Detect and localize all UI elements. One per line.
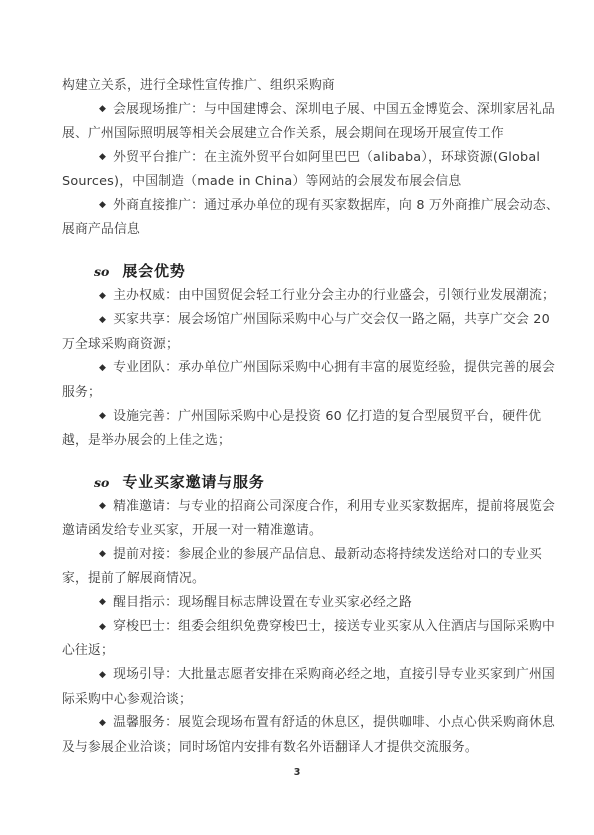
section-heading: so专业买家邀请与服务	[94, 470, 538, 495]
bullet-text: 主办权威：由中国贸促会轻工行业分会主办的行业盛会，引领行业发展潮流；	[113, 288, 555, 303]
diamond-bullet-icon: ◆	[99, 495, 106, 519]
document-page: 构建立关系，进行全球性宣传推广、组织采购商 ◆会展现场推广：与中国建博会、深圳电…	[0, 0, 594, 835]
paragraph-line: 展商产品信息	[62, 218, 538, 242]
heading-marker-icon: so	[94, 475, 109, 490]
bullet-item: ◆买家共享：展会场馆广州国际采购中心与广交会仅一路之隔，共享广交会 20	[62, 308, 538, 332]
bullet-text: 外商直接推广：通过承办单位的现有买家数据库，向 8 万外商推广展会动态、	[113, 198, 559, 213]
bullet-item: ◆外贸平台推广：在主流外贸平台如阿里巴巴（alibaba），环球资源(Globa…	[62, 146, 538, 170]
paragraph-line: 际采购中心参观洽谈；	[62, 688, 538, 712]
bullet-text: 醒目指示：现场醒目标志牌设置在专业买家必经之路	[113, 595, 412, 610]
heading-marker-icon: so	[94, 264, 109, 279]
paragraph-line: 心往返；	[62, 639, 538, 663]
bullet-item: ◆外商直接推广：通过承办单位的现有买家数据库，向 8 万外商推广展会动态、	[62, 194, 538, 218]
diamond-bullet-icon: ◆	[99, 664, 106, 688]
bullet-text: 专业团队：承办单位广州国际采购中心拥有丰富的展览经验，提供完善的展会	[113, 360, 555, 375]
page-content: 构建立关系，进行全球性宣传推广、组织采购商 ◆会展现场推广：与中国建博会、深圳电…	[62, 74, 538, 759]
section-title: 专业买家邀请与服务	[122, 473, 264, 491]
diamond-bullet-icon: ◆	[99, 616, 106, 640]
bullet-item: ◆现场引导：大批量志愿者安排在采购商必经之地，直接引导专业买家到广州国	[62, 663, 538, 687]
paragraph-line: Sources)，中国制造（made in China）等网站的会展发布展会信息	[62, 170, 538, 194]
bullet-item: ◆提前对接：参展企业的参展产品信息、最新动态将持续发送给对口的专业买	[62, 543, 538, 567]
paragraph-line: 家，提前了解展商情况。	[62, 567, 538, 591]
bullet-text: 会展现场推广：与中国建博会、深圳电子展、中国五金博览会、深圳家居礼品	[113, 102, 555, 117]
diamond-bullet-icon: ◆	[99, 543, 106, 567]
diamond-bullet-icon: ◆	[99, 285, 106, 309]
section-heading: so展会优势	[94, 259, 538, 284]
paragraph-line: 及与参展企业洽谈；同时场馆内安排有数名外语翻译人才提供交流服务。	[62, 736, 538, 760]
diamond-bullet-icon: ◆	[99, 405, 106, 429]
page-footer: 3	[0, 766, 594, 780]
bullet-item: ◆精准邀请：与专业的招商公司深度合作，利用专业买家数据库，提前将展览会	[62, 495, 538, 519]
bullet-item: ◆穿梭巴士：组委会组织免费穿梭巴士，接送专业买家从入住酒店与国际采购中	[62, 615, 538, 639]
bullet-text: 精准邀请：与专业的招商公司深度合作，利用专业买家数据库，提前将展览会	[113, 499, 555, 514]
diamond-bullet-icon: ◆	[99, 98, 106, 122]
bullet-item: ◆温馨服务：展览会现场布置有舒适的休息区，提供咖啡、小点心供采购商休息	[62, 711, 538, 735]
bullet-text: 外贸平台推广：在主流外贸平台如阿里巴巴（alibaba），环球资源(Global	[113, 150, 540, 165]
bullet-item: ◆主办权威：由中国贸促会轻工行业分会主办的行业盛会，引领行业发展潮流；	[62, 284, 538, 308]
paragraph-line: 万全球采购商资源；	[62, 333, 538, 357]
paragraph-line: 越，是举办展会的上佳之选；	[62, 429, 538, 453]
paragraph-line: 展、广州国际照明展等相关会展建立合作关系，展会期间在现场开展宣传工作	[62, 122, 538, 146]
paragraph-line: 构建立关系，进行全球性宣传推广、组织采购商	[62, 74, 538, 98]
bullet-text: 买家共享：展会场馆广州国际采购中心与广交会仅一路之隔，共享广交会 20	[113, 312, 550, 327]
bullet-item: ◆设施完善：广州国际采购中心是投资 60 亿打造的复合型展贸平台，硬件优	[62, 405, 538, 429]
diamond-bullet-icon: ◆	[99, 194, 106, 218]
diamond-bullet-icon: ◆	[99, 712, 106, 736]
bullet-text: 设施完善：广州国际采购中心是投资 60 亿打造的复合型展贸平台，硬件优	[113, 409, 541, 424]
page-number: 3	[294, 767, 301, 778]
bullet-text: 温馨服务：展览会现场布置有舒适的休息区，提供咖啡、小点心供采购商休息	[113, 715, 555, 730]
paragraph-line: 服务；	[62, 381, 538, 405]
diamond-bullet-icon: ◆	[99, 309, 106, 333]
diamond-bullet-icon: ◆	[99, 146, 106, 170]
section-title: 展会优势	[122, 262, 185, 280]
bullet-text: 穿梭巴士：组委会组织免费穿梭巴士，接送专业买家从入住酒店与国际采购中	[113, 619, 555, 634]
bullet-item: ◆醒目指示：现场醒目标志牌设置在专业买家必经之路	[62, 591, 538, 615]
bullet-text: 提前对接：参展企业的参展产品信息、最新动态将持续发送给对口的专业买	[113, 547, 542, 562]
diamond-bullet-icon: ◆	[99, 591, 106, 615]
diamond-bullet-icon: ◆	[99, 357, 106, 381]
bullet-item: ◆会展现场推广：与中国建博会、深圳电子展、中国五金博览会、深圳家居礼品	[62, 98, 538, 122]
bullet-text: 现场引导：大批量志愿者安排在采购商必经之地，直接引导专业买家到广州国	[113, 667, 555, 682]
bullet-item: ◆专业团队：承办单位广州国际采购中心拥有丰富的展览经验，提供完善的展会	[62, 356, 538, 380]
paragraph-line: 邀请函发给专业买家，开展一对一精准邀请。	[62, 519, 538, 543]
